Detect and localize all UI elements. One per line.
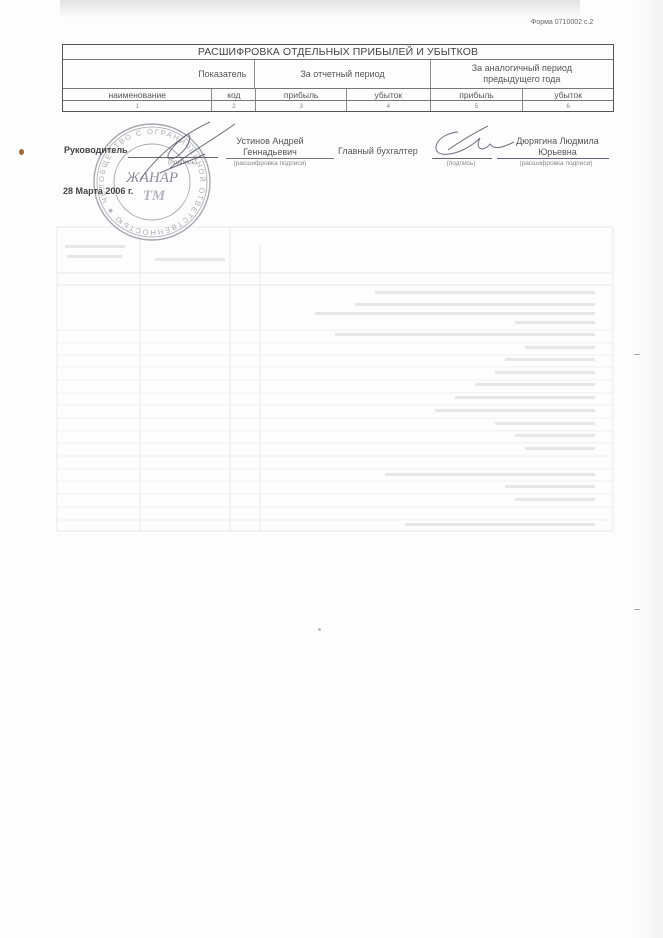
column-header-3: прибыль [255,89,346,100]
reverse-side-bleed-through [55,225,615,533]
column-number-4: 4 [346,101,430,111]
paper-speck [634,609,640,610]
column-header-6: убыток [522,89,613,100]
column-header-2: код [211,89,255,100]
header-previous-period: За аналогичный периодпредыдущего года [430,60,613,88]
scan-shadow [60,0,580,18]
scan-edge-shadow [633,0,663,938]
head-name-line [226,158,334,159]
paper-speck [634,354,640,355]
column-header-4: убыток [346,89,430,100]
column-header-1: наименование [63,89,211,100]
stamp-sub-text: ТМ [143,188,166,204]
column-number-2: 2 [211,101,255,111]
accountant-name-line [497,158,609,159]
chief-accountant-label: Главный бухгалтер [338,146,418,156]
form-code: Форма 0710002 с.2 [531,19,593,26]
table-title: РАСШИФРОВКА ОТДЕЛЬНЫХ ПРИБЫЛЕЙ И УБЫТКОВ [63,45,613,59]
paper-speck [318,628,321,631]
column-number-row: 123456 [63,100,613,111]
head-label: Руководитель [64,145,128,155]
head-full-name: Устинов Андрей Геннадьевич [226,136,314,158]
column-number-3: 3 [255,101,346,111]
column-number-1: 1 [63,101,211,111]
column-number-5: 5 [430,101,523,111]
header-indicator: Показатель [63,60,255,88]
profit-loss-breakdown-table: РАСШИФРОВКА ОТДЕЛЬНЫХ ПРИБЫЛЕЙ И УБЫТКОВ… [62,44,614,112]
accountant-name-caption: (расшифровка подписи) [500,160,612,167]
signing-date: 28 Марта 2006 г. [63,186,133,196]
accountant-full-name: Дюрягина Людмила Юрьевна [500,136,615,158]
accountant-signature-caption: (подпись) [436,160,486,167]
column-number-6: 6 [522,101,613,111]
subheader-row: наименованиекодприбыльубытокприбыльубыто… [63,88,613,100]
paper-stain [19,149,24,155]
header-reporting-period: За отчетный период [255,60,429,88]
column-header-5: прибыль [430,89,523,100]
head-name-caption: (расшифровка подписи) [226,160,314,167]
head-handwritten-signature [130,118,240,188]
